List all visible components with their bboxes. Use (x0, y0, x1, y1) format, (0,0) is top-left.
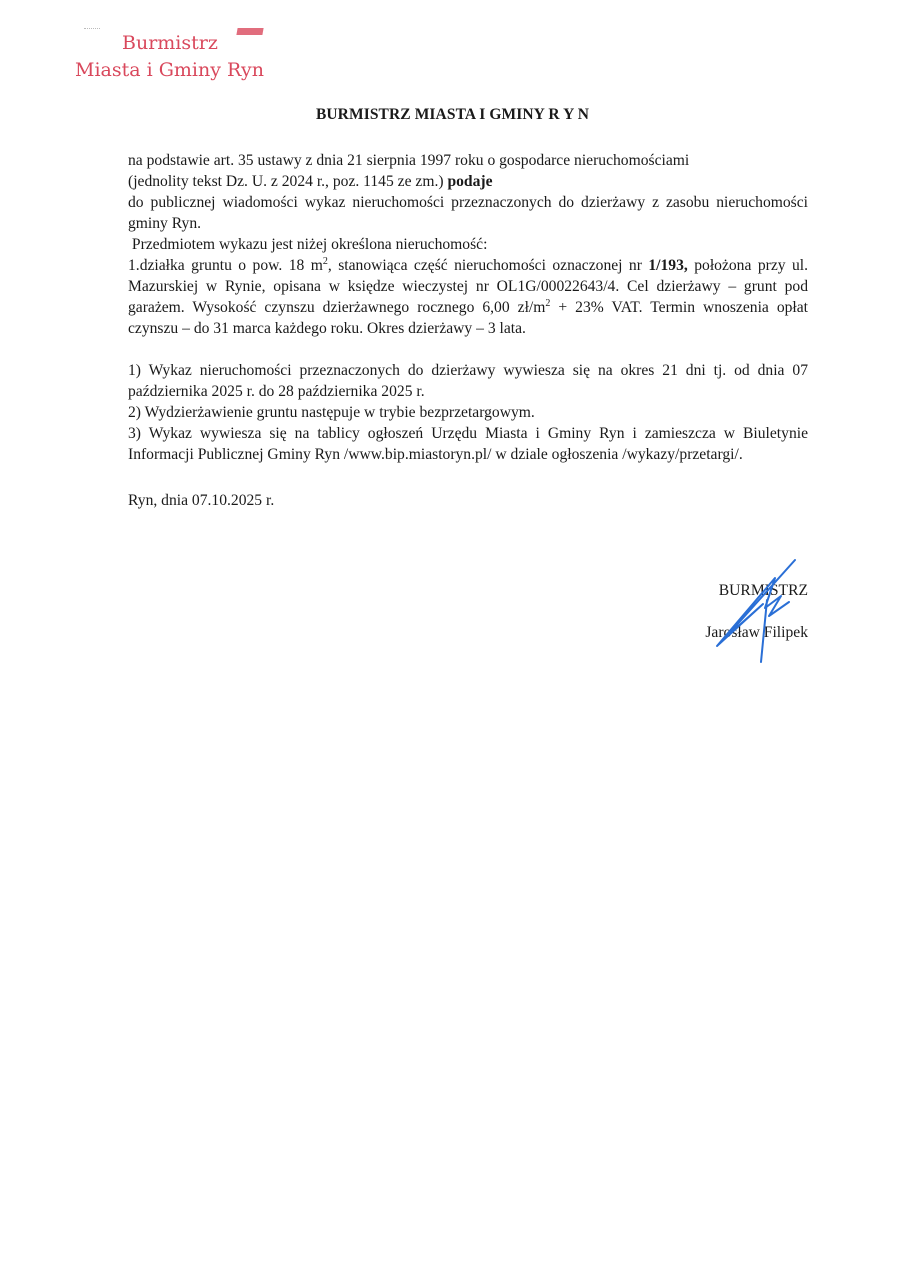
stamp-ink-mark (236, 28, 263, 35)
point-2: 2) Wydzierżawienie gruntu następuje w tr… (128, 402, 808, 423)
point-1: 1) Wykaz nieruchomości przeznaczonych do… (128, 360, 808, 402)
document-body: na podstawie art. 35 ustawy z dnia 21 si… (128, 150, 808, 511)
intro-paragraph: na podstawie art. 35 ustawy z dnia 21 si… (128, 150, 808, 234)
point-3: 3) Wykaz wywiesza się na tablicy ogłosze… (128, 423, 808, 465)
intro-line-1: na podstawie art. 35 ustawy z dnia 21 si… (128, 152, 689, 169)
parcel-number: 1/193, (648, 257, 687, 274)
subject-line: Przedmiotem wykazu jest niżej określona … (128, 234, 808, 255)
handwritten-signature-icon (705, 556, 815, 666)
stamp-line-2: Miasta i Gminy Ryn (75, 57, 264, 84)
document-title: BURMISTRZ MIASTA I GMINY R Y N (0, 106, 905, 124)
intro-podaje: podaje (447, 173, 492, 190)
item-1-text-b: , stanowiąca część nieruchomości oznaczo… (328, 257, 648, 274)
item-1-paragraph: 1.działka gruntu o pow. 18 m2, stanowiąc… (128, 255, 808, 339)
place-and-date: Ryn, dnia 07.10.2025 r. (128, 490, 808, 511)
intro-line-3: do publicznej wiadomości wykaz nieruchom… (128, 194, 808, 232)
item-1-text-a: 1.działka gruntu o pow. 18 m (128, 257, 323, 274)
official-stamp: Burmistrz Miasta i Gminy Ryn (75, 30, 264, 84)
stamp-ink-dots (84, 28, 100, 32)
intro-line-2: (jednolity tekst Dz. U. z 2024 r., poz. … (128, 173, 447, 190)
